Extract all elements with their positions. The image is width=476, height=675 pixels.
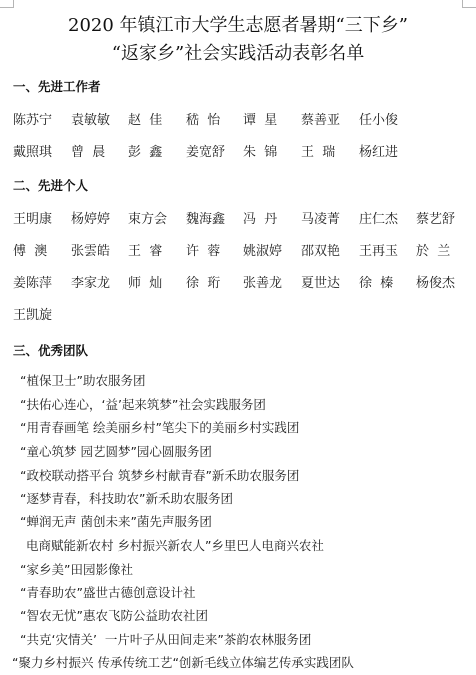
person-name: 於 兰 [416,240,450,259]
person-name: 彭 鑫 [128,141,162,160]
section-heading-advanced-individuals: 二、先进个人 [13,176,88,194]
team-item: “智农无忧”惠农飞防公益助农社团 [20,606,208,624]
person-name: 冯 丹 [243,208,277,227]
person-name: 马凌菁 [301,208,340,227]
team-item: “逐梦青春，科技助农”新禾助农服务团 [20,489,233,507]
page-corner-mark-top-right [462,0,476,8]
person-name: 魏海鑫 [186,208,225,227]
person-name: 师 灿 [128,272,162,291]
name-row: 王凯旋 [13,304,473,322]
team-item: “童心筑梦 园艺圆梦”园心圆服务团 [20,442,212,460]
team-item: “青春助农”盛世古德创意设计社 [20,583,195,601]
name-row: 王明康 杨婷婷 束方会 魏海鑫 冯 丹 马凌菁 庄仁杰 蔡艺舒 [13,208,473,226]
person-name: 傅 澳 [13,240,47,259]
person-name: 夏世达 [301,272,340,291]
person-name: 杨俊杰 [416,272,455,291]
person-name: 张善龙 [243,272,282,291]
team-item: “用青春画笔 绘美丽乡村”笔尖下的美丽乡村实践团 [20,418,299,436]
person-name: 姜陈萍 [13,272,52,291]
person-name: 谭 星 [243,109,277,128]
person-name: 姚淑婷 [243,240,282,259]
person-name: 王再玉 [359,240,398,259]
person-name: 嵇 怡 [186,109,220,128]
person-name: 徐 榛 [359,272,393,291]
document-title-line-2: “返家乡”社会实践活动表彰名单 [0,39,476,65]
section-heading-excellent-teams: 三、优秀团队 [13,341,88,359]
person-name: 王 瑞 [301,141,335,160]
person-name: 庄仁杰 [359,208,398,227]
person-name: 许 蓉 [186,240,220,259]
person-name: 邵双艳 [301,240,340,259]
person-name: 杨红进 [359,141,398,160]
person-name: 杨婷婷 [71,208,110,227]
person-name: 束方会 [128,208,167,227]
team-item: 电商赋能新农村 乡村振兴新农人”乡里巴人电商兴农社 [22,536,324,554]
person-name: 王凯旋 [13,304,52,323]
person-name: 蔡艺舒 [416,208,455,227]
name-row: 戴照琪 曾 晨 彭 鑫 姜宽舒 朱 锦 王 瑞 杨红进 [13,141,473,159]
name-row: 陈苏宁 袁敏敏 赵 佳 嵇 怡 谭 星 蔡善亚 任小俊 [13,109,473,127]
team-item: “共克‘灾情关’ 一片叶子从田间走来”茶韵农林服务团 [20,630,311,648]
page-corner-mark-top-left [0,0,14,8]
team-item: “扶佑心连心，‘益’起来筑梦”社会实践服务团 [20,395,266,413]
person-name: 袁敏敏 [71,109,110,128]
name-row: 姜陈萍 李家龙 师 灿 徐 珩 张善龙 夏世达 徐 榛 杨俊杰 [13,272,473,290]
team-item: “聚力乡村振兴 传承传统工艺“创新毛线立体编艺传承实践团队 [12,653,354,671]
person-name: 任小俊 [359,109,398,128]
person-name: 戴照琪 [13,141,52,160]
person-name: 曾 晨 [71,141,105,160]
team-item: “政校联动搭平台 筑梦乡村献青春”新禾助农服务团 [20,466,299,484]
name-row: 傅 澳 张雲皓 王 睿 许 蓉 姚淑婷 邵双艳 王再玉 於 兰 [13,240,473,258]
person-name: 陈苏宁 [13,109,52,128]
document-title-line-1: 2020 年镇江市大学生志愿者暑期“三下乡” [0,11,476,37]
team-item: “家乡美”田园影像社 [20,560,133,578]
team-item: “蝉润无声 菌创未来”菌先声服务团 [20,512,212,530]
section-heading-advanced-workers: 一、先进工作者 [13,77,101,95]
person-name: 李家龙 [71,272,110,291]
person-name: 姜宽舒 [186,141,225,160]
person-name: 蔡善亚 [301,109,340,128]
team-item: “植保卫士”助农服务团 [20,371,145,389]
person-name: 朱 锦 [243,141,277,160]
person-name: 王明康 [13,208,52,227]
person-name: 徐 珩 [186,272,220,291]
person-name: 赵 佳 [128,109,162,128]
person-name: 王 睿 [128,240,162,259]
person-name: 张雲皓 [71,240,110,259]
